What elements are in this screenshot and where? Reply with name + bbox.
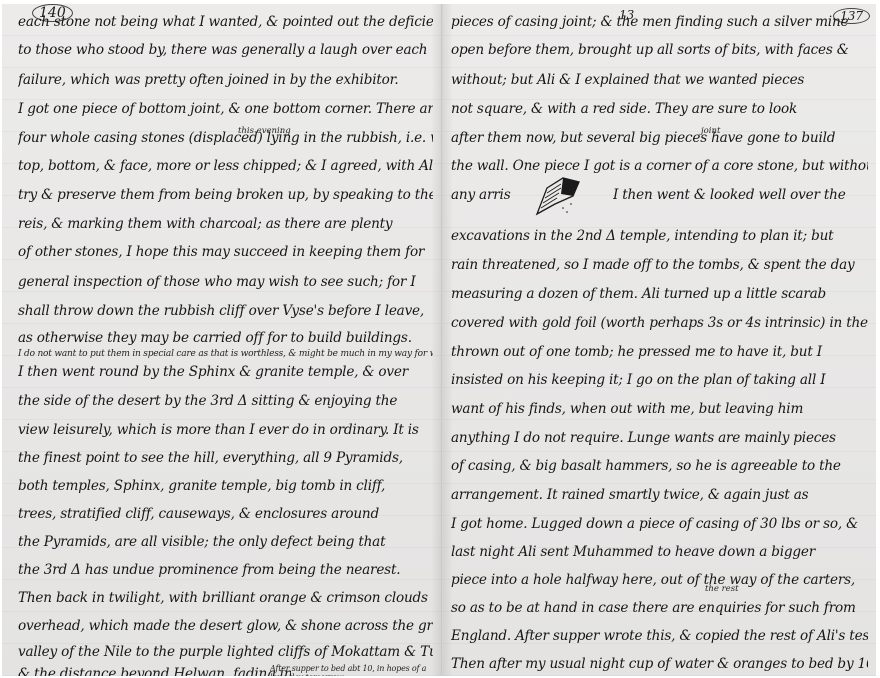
text-line: as otherwise they may be carried off for… <box>18 330 433 346</box>
text-line: last night Ali sent Muhammed to heave do… <box>451 544 868 560</box>
text-line: Then after my usual night cup of water &… <box>451 656 868 672</box>
text-line: I got home. Lugged down a piece of casin… <box>451 516 868 532</box>
left-page: 140 this evening each stone not being wh… <box>2 4 442 676</box>
text-line: valley of the Nile to the purple lighted… <box>18 644 433 660</box>
text-line: piece into a hole halfway here, out of t… <box>451 572 868 588</box>
stone-sketch-icon <box>533 174 585 218</box>
text-line: open before them, brought up all sorts o… <box>451 42 868 58</box>
text-line: pieces of casing joint; & the men findin… <box>451 14 868 30</box>
text-line: insisted on his keeping it; I go on the … <box>451 372 868 388</box>
text-line: & the distance beyond Helwan, fading int… <box>18 666 291 676</box>
manuscript-spread: 140 this evening each stone not being wh… <box>0 0 880 678</box>
text-line: shall throw down the rubbish cliff over … <box>18 303 433 319</box>
text-line: anything I do not require. Lunge wants a… <box>451 430 868 446</box>
text-line: four whole casing stones (displaced) lyi… <box>18 130 433 146</box>
text-line: trees, stratified cliff, causeways, & en… <box>18 506 433 522</box>
text-line: the 3rd Δ has undue prominence from bein… <box>18 562 433 578</box>
text-line: without; but Ali & I explained that we w… <box>451 72 868 88</box>
right-page: 13 137 joint the rest pieces of casing j… <box>442 4 876 676</box>
text-line: view leisurely, which is more than I eve… <box>18 422 433 438</box>
text-line: each stone not being what I wanted, & po… <box>18 14 433 30</box>
text-line: I then went round by the Sphinx & granit… <box>18 364 433 380</box>
text-line: so as to be at hand in case there are en… <box>451 600 868 616</box>
text-line: of other stones, I hope this may succeed… <box>18 244 433 260</box>
text-line: rain threatened, so I made off to the to… <box>451 257 868 273</box>
text-line: of casing, & big basalt hammers, so he i… <box>451 458 868 474</box>
small-note-line: I do not want to put them in special car… <box>18 349 433 359</box>
text-line: try & preserve them from being broken up… <box>18 187 433 203</box>
text-line: I then went & looked well over the <box>613 187 868 203</box>
closing-note: After supper to bed abt 10, in hopes of … <box>270 664 438 676</box>
text-line: not square, & with a red side. They are … <box>451 101 868 117</box>
text-line: any arris <box>451 187 531 203</box>
text-line: the finest point to see the hill, everyt… <box>18 450 433 466</box>
text-line: top, bottom, & face, more or less chippe… <box>18 158 433 174</box>
text-line: failure, which was pretty often joined i… <box>18 72 433 88</box>
text-line: excavations in the 2nd Δ temple, intendi… <box>451 228 868 244</box>
text-line: general inspection of those who may wish… <box>18 274 433 290</box>
text-line: reis, & marking them with charcoal; as t… <box>18 216 433 232</box>
text-line: want of his finds, when out with me, but… <box>451 401 868 417</box>
text-line: overhead, which made the desert glow, & … <box>18 618 433 634</box>
text-line: after them now, but several big pieces h… <box>451 130 868 146</box>
text-line: the side of the desert by the 3rd Δ sitt… <box>18 393 433 409</box>
text-line: measuring a dozen of them. Ali turned up… <box>451 286 868 302</box>
text-line: the Pyramids, are all visible; the only … <box>18 534 433 550</box>
text-line: the wall. One piece I got is a corner of… <box>451 158 868 174</box>
text-line: covered with gold foil (worth perhaps 3s… <box>451 315 868 331</box>
text-line: Then back in twilight, with brilliant or… <box>18 590 433 606</box>
text-line: I got one piece of bottom joint, & one b… <box>18 101 433 117</box>
text-line: England. After supper wrote this, & copi… <box>451 628 868 644</box>
text-line: to those who stood by, there was general… <box>18 42 433 58</box>
text-line: thrown out of one tomb; he pressed me to… <box>451 344 868 360</box>
text-line: arrangement. It rained smartly twice, & … <box>451 487 868 503</box>
text-line: both temples, Sphinx, granite temple, bi… <box>18 478 433 494</box>
